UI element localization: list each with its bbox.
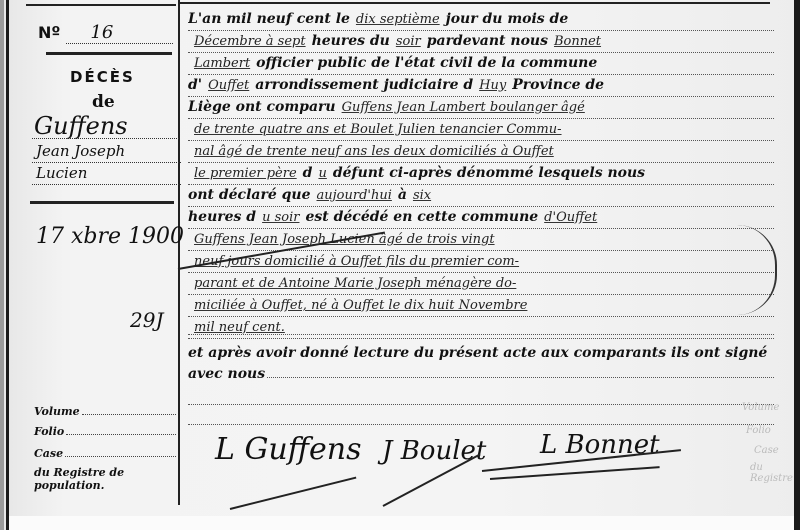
signature-officer: L Bonnet <box>540 430 660 460</box>
record-body-line: heures du soirest décédé en cette commun… <box>188 206 774 229</box>
signature-witness: J Boulet <box>382 436 486 466</box>
register-folio-field: Folio <box>34 425 176 438</box>
handwritten-entry: Huy <box>479 78 506 93</box>
record-body-line: miciliée à Ouffet, né à Ouffet le dix hu… <box>188 294 774 317</box>
right-border-line <box>794 0 800 530</box>
death-date: 17 xbre 1900 <box>36 224 184 249</box>
handwritten-entry: dix septième <box>356 12 440 27</box>
reference-mark: 29J <box>130 308 163 332</box>
printed-text: Liège ont comparu <box>188 99 336 115</box>
handwritten-entry: le premier père <box>194 166 297 181</box>
record-number-value: 16 <box>66 22 173 44</box>
handwritten-entry: parant et de Antoine Marie Joseph ménagè… <box>194 276 516 291</box>
margin-rule-upper <box>46 52 172 55</box>
printed-text: arrondissement judiciaire d <box>255 77 473 93</box>
handwritten-entry: aujourd'hui <box>317 188 392 203</box>
printed-text: heures du <box>312 33 390 49</box>
printed-text: d' <box>188 77 202 93</box>
printed-text: défunt ci-après dénommé lesquels nous <box>333 165 645 181</box>
handwritten-entry: mil neuf cent. <box>194 320 285 335</box>
record-body-line: Lambertofficier public de l'état civil d… <box>188 52 774 75</box>
handwritten-entry: Guffens Jean Lambert boulanger âgé <box>342 100 585 115</box>
record-body-line: Guffens Jean Joseph Lucien âgé de trois … <box>188 228 774 251</box>
handwritten-entry: u <box>318 166 326 181</box>
margin-rule-lower <box>30 201 174 204</box>
handwritten-entry: soir <box>396 34 421 49</box>
printed-text: jour du mois de <box>446 11 569 27</box>
handwritten-entry: Lambert <box>194 56 250 71</box>
printed-text: à <box>398 187 407 203</box>
signature-flourish <box>230 477 357 510</box>
record-body-line: le premier pèredudéfunt ci-après dénommé… <box>188 162 774 185</box>
signature-declarant-father: L Guffens <box>215 432 361 467</box>
record-body-line: nal âgé de trente neuf ans les deux domi… <box>188 140 774 163</box>
deceased-surname: Guffens <box>32 112 179 139</box>
record-body-line: d'Ouffetarrondissement judiciaire dHuyPr… <box>188 74 774 97</box>
blank-ruled-line <box>188 334 774 335</box>
death-record-page: Nº 16 DÉCÈS de Guffens Jean Joseph Lucie… <box>0 0 800 530</box>
printed-text: pardevant nous <box>427 33 548 49</box>
printed-text: L'an mil neuf cent le <box>188 11 350 27</box>
record-body-line: Décembre à septheures dusoirpardevant no… <box>188 30 774 53</box>
printed-text: ont déclaré que <box>188 187 311 203</box>
closing-statement: et après avoir donné lecture du présent … <box>188 345 774 361</box>
record-body-line: neuf jours domicilié à Ouffet fils du pr… <box>188 250 774 273</box>
record-body-line: ont déclaré queaujourd'huiàsix <box>188 184 774 207</box>
register-case-field: Case <box>34 447 176 460</box>
record-title-de: de <box>92 92 115 112</box>
closing-statement-end: avec nous <box>188 366 774 382</box>
page-edge-shadow <box>0 0 4 530</box>
column-divider <box>178 0 180 505</box>
handwritten-entry: u soir <box>262 210 299 225</box>
printed-text: d <box>303 165 313 181</box>
left-border-line <box>6 0 9 530</box>
body-top-rule <box>180 2 770 4</box>
handwritten-entry: de trente quatre ans et Boulet Julien te… <box>194 122 562 137</box>
record-number-row: Nº 16 <box>38 22 173 44</box>
blank-ruled-line <box>188 424 774 425</box>
bleed-through-text: Folio <box>746 425 771 436</box>
handwritten-entry: d'Ouffet <box>544 210 597 225</box>
bleed-through-text: du Registre <box>750 462 800 484</box>
blank-ruled-line <box>188 404 774 405</box>
handwritten-entry: six <box>413 188 431 203</box>
handwritten-entry: Décembre à sept <box>194 34 306 49</box>
page-bottom-margin <box>9 516 794 530</box>
record-body-line: mil neuf cent. <box>188 316 774 339</box>
record-number-label: Nº <box>38 23 60 42</box>
record-body-line: de trente quatre ans et Boulet Julien te… <box>188 118 774 141</box>
handwritten-entry: Bonnet <box>554 34 601 49</box>
register-volume-field: Volume <box>34 405 176 418</box>
handwritten-entry: nal âgé de trente neuf ans les deux domi… <box>194 144 554 159</box>
record-body-line: parant et de Antoine Marie Joseph ménagè… <box>188 272 774 295</box>
bleed-through-text: Case <box>754 445 779 456</box>
population-register-label: du Registre de population. <box>34 466 176 492</box>
handwritten-entry: Ouffet <box>208 78 249 93</box>
deceased-given-names-2: Lucien <box>32 164 181 185</box>
printed-text: heures d <box>188 209 256 225</box>
bleed-through-text: Volume <box>742 402 779 413</box>
handwritten-entry: miciliée à Ouffet, né à Ouffet le dix hu… <box>194 298 527 313</box>
printed-text: officier public de l'état civil de la co… <box>256 55 597 71</box>
margin-top-rule <box>26 4 176 6</box>
printed-text: Province de <box>512 77 604 93</box>
record-body-line: Liège ont comparuGuffens Jean Lambert bo… <box>188 96 774 119</box>
deceased-given-names-1: Jean Joseph <box>32 142 181 163</box>
record-body-line: L'an mil neuf cent ledix septièmejour du… <box>188 8 774 31</box>
record-title: DÉCÈS <box>70 68 135 86</box>
printed-text: est décédé en cette commune <box>305 209 538 225</box>
